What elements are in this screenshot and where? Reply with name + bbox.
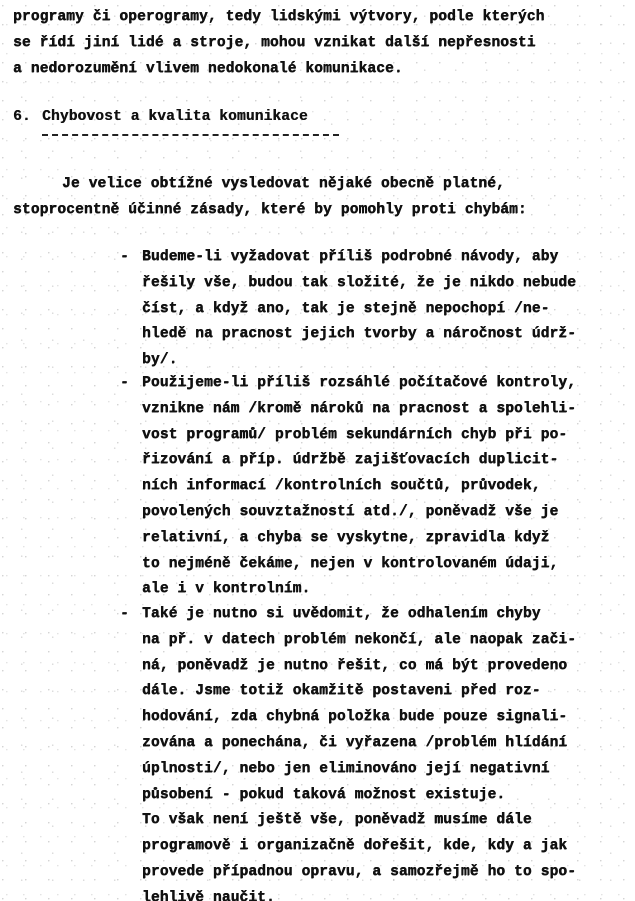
bullet-line: relativní, a chyba se vyskytne, zpravidl…	[142, 529, 549, 547]
bullet-line: působení - pokud taková možnost existuje…	[142, 786, 505, 804]
bullet-line: ná, poněvadž je nutno řešit, co má být p…	[142, 657, 567, 675]
bullet-line: hodování, zda chybná položka bude pouze …	[142, 708, 567, 726]
paragraph-line: stoprocentně účinné zásady, které by pom…	[13, 201, 527, 219]
bullet-line: programově i organizačně dořešit, kde, k…	[142, 837, 567, 855]
bullet-line: Budeme-li vyžadovat příliš podrobné návo…	[142, 248, 558, 266]
bullet-line: To však není ještě vše, poněvadž musíme …	[142, 811, 532, 829]
section-title: Chybovost a kvalita komunikace	[42, 108, 308, 126]
bullet-line: ních informací /kontrolních součtů, prův…	[142, 477, 541, 495]
bullet-line: řešily vše, budou tak složité, že je nik…	[142, 274, 576, 292]
bullet-line: povolených souvztažností atd./, poněvadž…	[142, 503, 558, 521]
bullet-line: zována a ponechána, či vyřazena /problém…	[142, 734, 567, 752]
bullet-line: Použijeme-li příliš rozsáhlé počítačové …	[142, 374, 576, 392]
intro-line: a nedorozumění vlivem nedokonalé komunik…	[13, 60, 403, 78]
scanned-document-page: programy či operogramy, tedy lidskými vý…	[0, 0, 635, 901]
bullet-line: hledě na pracnost jejich tvorby a náročn…	[142, 325, 576, 343]
bullet-line: ale i v kontrolním.	[142, 580, 310, 598]
bullet-line: číst, a když ano, tak je stejně nepochop…	[142, 300, 549, 318]
bullet-marker: -	[120, 374, 129, 392]
section-title-underline	[42, 134, 339, 136]
bullet-line: provede případnou opravu, a samozřejmě h…	[142, 863, 576, 881]
intro-line: programy či operogramy, tedy lidskými vý…	[13, 8, 544, 26]
bullet-line: Také je nutno si uvědomit, že odhalením …	[142, 605, 541, 623]
paragraph-line: Je velice obtížné vysledovat nějaké obec…	[62, 175, 505, 193]
bullet-line: řizování a příp. údržbě zajišťovacích du…	[142, 451, 558, 469]
bullet-line: vost programů/ problém sekundárních chyb…	[142, 426, 567, 444]
bullet-line: dále. Jsme totiž okamžitě postaveni před…	[142, 682, 541, 700]
bullet-line: vznikne nám /kromě nároků na pracnost a …	[142, 400, 576, 418]
bullet-line: by/.	[142, 351, 177, 369]
bullet-line: na př. v datech problém nekončí, ale nao…	[142, 631, 576, 649]
intro-line: se řídí jiní lidé a stroje, mohou vznika…	[13, 34, 536, 52]
bullet-line: úplnosti/, nebo jen eliminováno její neg…	[142, 760, 549, 778]
section-number: 6.	[13, 108, 31, 126]
bullet-marker: -	[120, 605, 129, 623]
bullet-line: lehlivě naučit.	[142, 889, 275, 901]
bullet-marker: -	[120, 248, 129, 266]
bullet-line: to nejméně čekáme, nejen v kontrolovaném…	[142, 555, 558, 573]
